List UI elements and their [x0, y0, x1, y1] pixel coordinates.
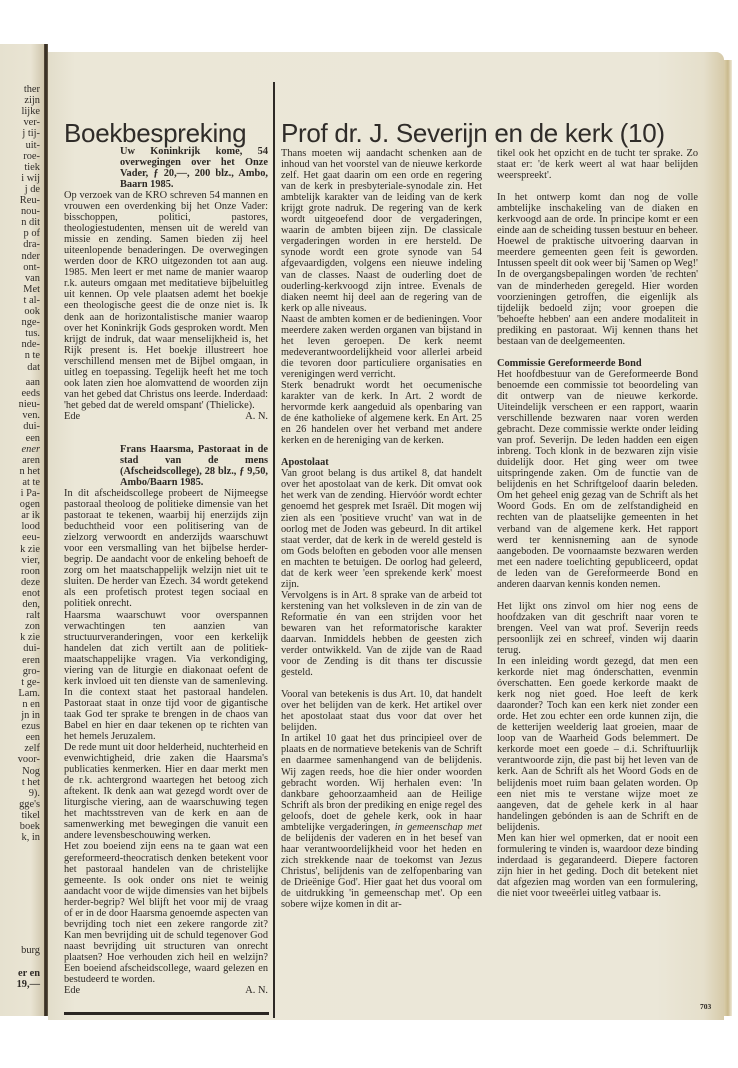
previous-page-fragment: ezus — [22, 721, 40, 732]
previous-page-fragment: j tij- — [22, 128, 40, 139]
previous-page-fragment: den, — [22, 599, 40, 610]
article-paragraph-quote: In artikel 10 gaat het dus principieel o… — [281, 733, 482, 910]
article-paragraph: Het lijkt ons zinvol om hier nog eens de… — [497, 601, 698, 656]
previous-page-fragment: eeu- — [22, 532, 40, 543]
previous-page-fragment: roe- — [23, 151, 40, 162]
previous-page-fragment: lood — [22, 521, 40, 532]
subheading-commissie: Commissie Gereformeerde Bond — [497, 358, 698, 369]
article-paragraph: Vooral van betekenis is dus Art. 10, dat… — [281, 689, 482, 733]
previous-page-fragment: k zie — [20, 632, 40, 643]
article-paragraph: In de overgangsbepalingen worden 'de rec… — [497, 269, 698, 346]
previous-page-fragment: Lam. — [18, 688, 40, 699]
previous-page-fragment: k zie — [20, 544, 40, 555]
previous-page-fragment: uit- — [26, 140, 40, 151]
previous-page-fragment: ar ik — [21, 510, 40, 521]
book2-heading: Frans Haarsma, Pastoraat in de stad van … — [64, 444, 268, 488]
previous-page-fragment: deze — [21, 577, 40, 588]
previous-page-fragment: dra- — [23, 239, 40, 250]
previous-page-fragment: 9). — [29, 788, 40, 799]
previous-page-fragment: at te — [22, 477, 40, 488]
book2-paragraph-1: In dit afscheidscollege probeert de Nijm… — [64, 488, 268, 610]
book1-heading: Uw Koninkrijk kome, 54 overwegingen over… — [64, 146, 268, 190]
previous-page-fragment: van — [25, 273, 40, 284]
book2-paragraph-2: Haarsma waarschuwt voor overspannen verw… — [64, 610, 268, 743]
previous-page-fragment: ther — [24, 84, 40, 95]
previous-page-fragment: ener — [22, 444, 40, 455]
previous-page-fragment: ont- — [23, 262, 40, 273]
previous-page-fragment: Nog — [22, 766, 40, 777]
page-number: 703 — [700, 1002, 711, 1011]
article-column-1: Thans moeten wij aandacht schenken aan d… — [281, 148, 482, 910]
previous-page-fragment: i wij — [21, 173, 40, 184]
article-paragraph: In een inleiding wordt gezegd, dat men e… — [497, 656, 698, 833]
previous-page-fragment: er en — [18, 968, 40, 979]
previous-page-fragment: tiek — [24, 162, 40, 173]
previous-page-fragment: tikel — [22, 810, 40, 821]
previous-page-fragment: n het — [20, 466, 41, 477]
previous-page-fragment: dui- — [23, 421, 40, 432]
column-divider — [273, 82, 275, 1018]
previous-page-fragment: i Pa- — [21, 488, 40, 499]
book2-place: Ede — [64, 985, 80, 996]
book1-paragraph: Op verzoek van de KRO schreven 54 mannen… — [64, 190, 268, 411]
previous-page-fragment: ook — [24, 306, 40, 317]
previous-page-fragment: vier, — [22, 555, 40, 566]
article-paragraph: Van groot belang is dus artikel 8, dat h… — [281, 468, 482, 590]
previous-page-fragment: 19,— — [17, 979, 40, 990]
previous-page-fragment: ver- — [23, 117, 40, 128]
book2-paragraph-4: Het zou boeiend zijn eens na te gaan wat… — [64, 841, 268, 985]
previous-page-fragment: ralt — [26, 610, 40, 621]
article-paragraph: tikel ook het opzicht en de tucht ter sp… — [497, 148, 698, 181]
article-paragraph: Men kan hier wel opmerken, dat er nooit … — [497, 833, 698, 899]
previous-page-fragment: nde- — [22, 339, 40, 350]
previous-page-fragment: roon — [21, 566, 40, 577]
previous-page-fragment: een — [26, 732, 40, 743]
previous-page-fragment: nieu- — [19, 399, 40, 410]
previous-page-fragment: Reu- — [20, 195, 40, 206]
previous-page-fragment: dat — [27, 362, 40, 373]
previous-page-fragment: dui- — [23, 643, 40, 654]
previous-page-fragment: boek — [20, 821, 40, 832]
previous-page-fragment: aren — [22, 455, 40, 466]
previous-page-fragment: zon — [25, 621, 40, 632]
book2-initials: A. N. — [245, 985, 268, 996]
previous-page-fragment: k, in — [22, 832, 40, 843]
previous-page-fragment: t ge- — [21, 677, 40, 688]
book2-paragraph-3: De rede munt uit door helderheid, nuchte… — [64, 742, 268, 841]
previous-page-fragment: ven. — [22, 410, 40, 421]
previous-page-fragment: Met — [23, 284, 40, 295]
book1-signature: Ede A. N. — [64, 411, 268, 422]
previous-page-fragment: t al- — [24, 295, 40, 306]
previous-page-fragment: burg — [21, 945, 40, 956]
previous-page-fragment: eren — [22, 655, 40, 666]
previous-page-fragment: ogen — [20, 499, 40, 510]
previous-page-fragment: nder — [22, 251, 40, 262]
subheading-apostolaat: Apostolaat — [281, 457, 482, 468]
previous-page-fragment: enot — [22, 588, 40, 599]
previous-page-fragment: aan — [26, 377, 40, 388]
previous-page-edge: therzijnlijkever-j tij-uit-roe-tieki wij… — [0, 44, 44, 1016]
article-column-2: tikel ook het opzicht en de tucht ter sp… — [497, 148, 698, 899]
book2-signature: Ede A. N. — [64, 985, 268, 996]
previous-page-fragment: j de — [25, 184, 40, 195]
review-end-rule — [64, 1012, 269, 1015]
emphasis: in gemeenschap met — [395, 822, 482, 833]
review-column: Uw Koninkrijk kome, 54 overwegingen over… — [64, 146, 268, 996]
article-paragraph: In het ontwerp komt dan nog de volle amb… — [497, 192, 698, 269]
previous-page-fragment: tus. — [25, 328, 40, 339]
previous-page-fragment: zelf — [24, 743, 40, 754]
previous-page-fragment: p of — [24, 228, 40, 239]
previous-page-fragment: lijke — [22, 106, 40, 117]
page-edge — [724, 60, 732, 1016]
article-title: Prof dr. J. Severijn en de kerk (10) — [281, 119, 665, 147]
article-paragraph: Het hoofdbestuur van de Gereformeerde Bo… — [497, 369, 698, 590]
previous-page-fragment: eeds — [22, 388, 40, 399]
review-section-title: Boekbespreking — [64, 119, 246, 147]
article-paragraph: Naast de ambten komen er de bedieningen.… — [281, 314, 482, 380]
previous-page-fragment: t het — [22, 777, 40, 788]
previous-page-fragment: nge- — [22, 317, 40, 328]
previous-page-fragment: een — [26, 433, 40, 444]
previous-page-fragment: n dit — [21, 217, 40, 228]
article-paragraph: Sterk benadrukt wordt het oecumenische k… — [281, 380, 482, 446]
previous-page-fragment: nou- — [21, 206, 40, 217]
article-paragraph: Vervolgens is in Art. 8 sprake van de ar… — [281, 590, 482, 678]
previous-page-fragment: gro- — [23, 666, 40, 677]
previous-page-fragment: jn in — [21, 710, 40, 721]
article-paragraph: Thans moeten wij aandacht schenken aan d… — [281, 148, 482, 314]
previous-page-fragment: n te — [25, 350, 40, 361]
previous-page-fragment: n en — [22, 699, 40, 710]
book1-place: Ede — [64, 411, 80, 422]
previous-page-fragment: zijn — [24, 95, 40, 106]
book1-initials: A. N. — [245, 411, 268, 422]
previous-page-fragment: gge's — [19, 799, 40, 810]
previous-page-fragment: voor- — [18, 754, 40, 765]
